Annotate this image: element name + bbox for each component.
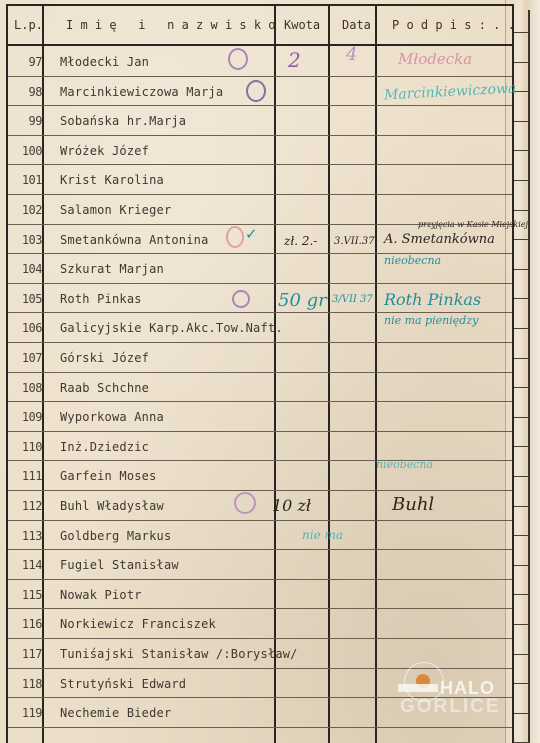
row-name: Raab Schchne (60, 381, 149, 395)
edge-tick (512, 713, 530, 714)
header-lp: L.p. (14, 18, 43, 32)
table-row: 114Fugiel Stanisław (8, 549, 512, 580)
mark-circle-105 (232, 290, 250, 308)
handwritten-note-110: nieobecna (376, 458, 433, 471)
edge-tick (512, 121, 530, 122)
row-name: Garfein Moses (60, 469, 157, 483)
ledger-table: L.p. I m i ę i n a z w i s k o Kwota Dat… (6, 4, 514, 743)
row-number: 108 (12, 381, 42, 395)
edge-tick (512, 683, 530, 684)
row-number: 99 (12, 114, 42, 128)
row-name: Wyporkowa Anna (60, 410, 164, 424)
table-row: 112Buhl Władysław (8, 490, 512, 521)
edge-tick (512, 328, 530, 329)
edge-tick (512, 654, 530, 655)
row-name: Galicyjskie Karp.Akc.Tow.Naft. (60, 321, 283, 335)
handwritten-amount-113: nie ma (302, 528, 343, 542)
table-row: 110Inż.Dziedzic (8, 431, 512, 462)
table-row: 111Garfein Moses (8, 460, 512, 491)
edge-tick (512, 594, 530, 595)
header-signature: P o d p i s : . . (392, 18, 515, 32)
row-name: Tuniśajski Stanisław /:Borysław/ (60, 647, 298, 661)
row-number: 115 (12, 588, 42, 602)
handwritten-note-105: nie ma pieniędzy (384, 314, 478, 327)
check-mark-103: ✓ (245, 225, 258, 243)
row-number: 114 (12, 558, 42, 572)
row-name: Strutyński Edward (60, 677, 186, 691)
table-header: L.p. I m i ę i n a z w i s k o Kwota Dat… (8, 6, 512, 46)
edge-tick (512, 535, 530, 536)
mark-circle-97 (228, 48, 248, 70)
row-name: Roth Pinkas (60, 292, 142, 306)
row-number: 103 (12, 233, 42, 247)
row-name: Norkiewicz Franciszek (60, 617, 216, 631)
row-name: Wróżek Józef (60, 144, 149, 158)
row-number: 112 (12, 499, 42, 513)
handwritten-date-105: 3/VII 37 (332, 294, 373, 305)
handwritten-amount-105: 50 gr (278, 290, 327, 311)
row-name: Smetankówna Antonina (60, 233, 209, 247)
row-name: Nowak Piotr (60, 588, 142, 602)
row-number: 109 (12, 410, 42, 424)
edge-tick (512, 150, 530, 151)
header-name: I m i ę i n a z w i s k o (66, 18, 276, 32)
table-row: 100Wróżek Józef (8, 135, 512, 166)
row-name: Młodecki Jan (60, 55, 149, 69)
mark-circle-112 (234, 492, 256, 514)
handwritten-signature-97: Młodecka (398, 50, 472, 68)
row-number: 110 (12, 440, 42, 454)
table-row: 109Wyporkowa Anna (8, 401, 512, 432)
handwritten-amount-112: 10 zł (272, 496, 311, 515)
row-name: Salamon Krieger (60, 203, 171, 217)
row-name: Nechemie Bieder (60, 706, 171, 720)
row-number: 107 (12, 351, 42, 365)
table-row: 107Górski Józef (8, 342, 512, 373)
table-row: 113Goldberg Markus (8, 520, 512, 551)
handwritten-date-103: 3.VII.37 (334, 236, 375, 247)
row-name: Szkurat Marjan (60, 262, 164, 276)
handwritten-date-97: 4 (346, 44, 357, 65)
halo-gorlice-watermark: HALO GORLICE (398, 662, 510, 732)
handwritten-amount-97: 2 (288, 48, 301, 72)
handwritten-note-103: przyjęcia w Kasie Miejskiej (418, 220, 528, 229)
row-name: Goldberg Markus (60, 529, 171, 543)
edge-tick (512, 476, 530, 477)
row-name: Marcinkiewiczowa Marja (60, 85, 223, 99)
mark-circle-98 (246, 80, 266, 102)
row-number: 118 (12, 677, 42, 691)
row-name: Krist Karolina (60, 173, 164, 187)
edge-tick (512, 269, 530, 270)
edge-tick (512, 62, 530, 63)
handwritten-signature-112: Buhl (392, 494, 434, 515)
row-name: Fugiel Stanisław (60, 558, 179, 572)
logo-bar (398, 684, 438, 692)
edge-tick (512, 210, 530, 211)
edge-tick (512, 298, 530, 299)
row-number: 100 (12, 144, 42, 158)
row-number: 104 (12, 262, 42, 276)
table-row: 116Norkiewicz Franciszek (8, 608, 512, 639)
row-number: 101 (12, 173, 42, 187)
ledger-page: L.p. I m i ę i n a z w i s k o Kwota Dat… (0, 0, 540, 743)
edge-tick (512, 239, 530, 240)
mark-circle-103 (226, 226, 244, 248)
row-number: 119 (12, 706, 42, 720)
row-name: Buhl Władysław (60, 499, 164, 513)
row-number: 97 (12, 55, 42, 69)
row-number: 102 (12, 203, 42, 217)
handwritten-note-104: nieobecna (384, 254, 441, 267)
header-date: Data (342, 18, 371, 32)
handwritten-signature-105: Roth Pinkas (384, 290, 481, 309)
table-row: 101Krist Karolina (8, 164, 512, 195)
row-number: 106 (12, 321, 42, 335)
row-number: 117 (12, 647, 42, 661)
row-name: Górski Józef (60, 351, 149, 365)
edge-tick (512, 387, 530, 388)
table-row: 99Sobańska hr.Marja (8, 105, 512, 136)
edge-tick (512, 506, 530, 507)
row-number: 105 (12, 292, 42, 306)
row-number: 111 (12, 469, 42, 483)
handwritten-signature-103: A. Smetankówna (384, 232, 495, 247)
handwritten-amount-103: zł. 2.- (284, 234, 317, 248)
row-number: 98 (12, 85, 42, 99)
edge-tick (512, 32, 530, 33)
edge-tick (512, 446, 530, 447)
edge-tick (512, 417, 530, 418)
watermark-line2: GORLICE (400, 696, 501, 718)
row-name: Sobańska hr.Marja (60, 114, 186, 128)
row-number: 116 (12, 617, 42, 631)
table-row: 115Nowak Piotr (8, 579, 512, 610)
row-number: 113 (12, 529, 42, 543)
header-amount: Kwota (284, 18, 320, 32)
edge-tick (512, 180, 530, 181)
edge-tick (512, 565, 530, 566)
edge-tick (512, 358, 530, 359)
edge-tick (512, 624, 530, 625)
row-name: Inż.Dziedzic (60, 440, 149, 454)
table-row: 108Raab Schchne (8, 372, 512, 403)
